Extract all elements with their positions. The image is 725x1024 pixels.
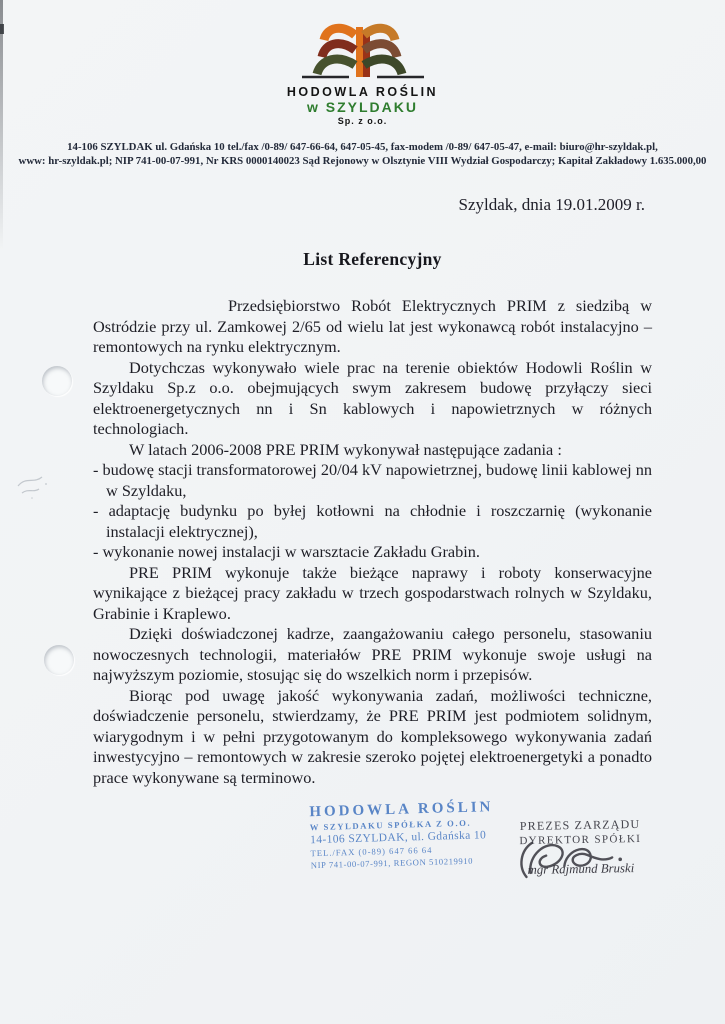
paragraph: PRE PRIM wykonuje także bieżące naprawy …	[93, 563, 652, 625]
logo-company-location: w SZYLDAKU	[0, 99, 725, 115]
signature-name: mgr Rajmund Bruski	[498, 861, 663, 879]
list-item: - wykonanie nowej instalacji w warsztaci…	[93, 542, 652, 563]
date-line: Szyldak, dnia 19.01.2009 r.	[458, 195, 645, 215]
paragraph: W latach 2006-2008 PRE PRIM wykonywał na…	[93, 440, 652, 461]
logo-company-name: HODOWLA ROŚLIN	[0, 85, 725, 99]
signature-role: DYREKTOR SPÓŁKI	[498, 833, 663, 848]
logo-company-type: Sp. z o.o.	[0, 116, 725, 126]
signature-block: PREZES ZARZĄDU DYREKTOR SPÓŁKI mgr Rajmu…	[497, 817, 663, 879]
letter-title: List Referencyjny	[93, 249, 652, 270]
letterhead-address: 14-106 SZYLDAK ul. Gdańska 10 tel./fax /…	[12, 141, 713, 168]
address-line-1: 14-106 SZYLDAK ul. Gdańska 10 tel./fax /…	[12, 141, 713, 155]
paragraph: Dotychczas wykonywało wiele prac na tere…	[93, 358, 652, 440]
task-list: - budowę stacji transformatorowej 20/04 …	[93, 460, 652, 563]
paragraph: Przedsiębiorstwo Robót Elektrycznych PRI…	[93, 296, 652, 358]
letterhead: HODOWLA ROŚLIN w SZYLDAKU Sp. z o.o.	[0, 22, 725, 126]
address-line-2: www: hr-szyldak.pl; NIP 741-00-07-991, N…	[12, 155, 713, 169]
list-item: - budowę stacji transformatorowej 20/04 …	[93, 460, 652, 501]
paragraph: Dzięki doświadczonej kadrze, zaangażowan…	[93, 624, 652, 686]
punch-hole	[42, 366, 72, 396]
scanned-letter-page: HODOWLA ROŚLIN w SZYLDAKU Sp. z o.o. 14-…	[0, 0, 725, 1024]
punch-hole	[44, 645, 74, 675]
letter-body: Przedsiębiorstwo Robót Elektrycznych PRI…	[93, 296, 652, 788]
pencil-mark-icon	[12, 468, 68, 506]
signature-role: PREZES ZARZĄDU	[497, 817, 662, 835]
paragraph: Biorąc pod uwagę jakość wykonywania zada…	[93, 686, 652, 789]
company-tree-logo-icon	[297, 22, 429, 84]
list-item: - adaptację budynku po byłej kotłowni na…	[93, 501, 652, 542]
